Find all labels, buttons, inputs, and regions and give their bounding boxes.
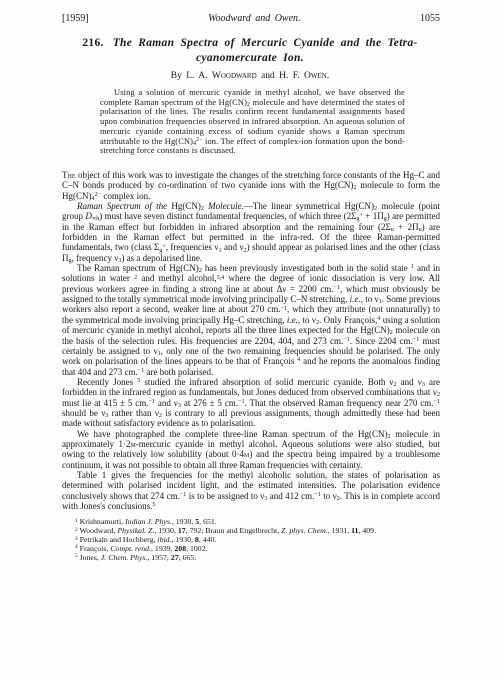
- article-title-block: 216.The Raman Spectra of Mercuric Cyanid…: [40, 36, 460, 66]
- page-number: 1055: [420, 13, 440, 24]
- paragraph-5-photographed: We have photographed the complete three-…: [62, 429, 440, 470]
- paragraph-4-jones-infrared: Recently Jones 5 studied the infrared ab…: [62, 377, 440, 429]
- running-head: Woodward and Owen.: [208, 13, 300, 24]
- issue-year: [1959]: [62, 13, 89, 24]
- paragraph-3-previous-work: The Raman spectrum of Hg(CN)2 has been p…: [62, 263, 440, 377]
- article-title-line1: The Raman Spectra of Mercuric Cyanide an…: [113, 37, 418, 49]
- paragraph-2-raman-spectrum: Raman Spectrum of the Hg(CN)2 Molecule.—…: [62, 201, 440, 263]
- journal-page: [1959] Woodward and Owen. 1055 216.The R…: [0, 0, 500, 679]
- paragraph-1-intro: The object of this work was to investiga…: [62, 170, 440, 201]
- article-title-line1-wrap: 216.The Raman Spectra of Mercuric Cyanid…: [40, 36, 460, 51]
- paragraph-6-table1: Table 1 gives the frequencies for the me…: [62, 470, 440, 511]
- byline: By L. A. Woodward and H. F. Owen.: [0, 71, 500, 81]
- footnote-5: 5 Jones, J. Chem. Phys., 1957, 27, 665.: [62, 554, 440, 563]
- article-title-line2: cyanomercurate Ion.: [40, 51, 460, 66]
- abstract: Using a solution of mercuric cyanide in …: [100, 88, 405, 156]
- footnotes: 1 Krishnamurti, Indian J. Phys., 1930, 5…: [62, 518, 440, 562]
- article-content: The object of this work was to investiga…: [62, 170, 440, 562]
- article-body: The object of this work was to investiga…: [62, 170, 440, 511]
- article-number: 216.: [82, 37, 103, 49]
- page-header: [1959] Woodward and Owen. 1055: [62, 13, 440, 24]
